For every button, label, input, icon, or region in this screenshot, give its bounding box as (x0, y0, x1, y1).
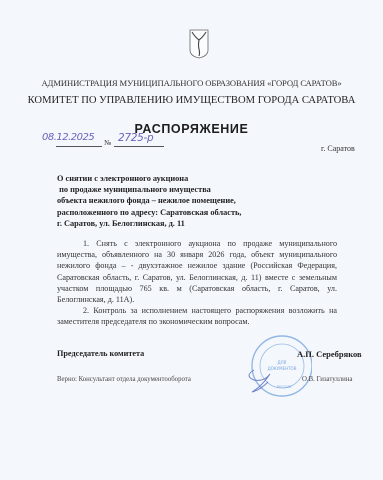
signatory-name: А.П. Серебряков (297, 349, 362, 359)
subject-line: О снятии с электронного аукциона (57, 173, 337, 184)
subject-line: объекта нежилого фонда – нежилое помещен… (57, 195, 337, 206)
coat-of-arms-icon (189, 29, 209, 59)
verified-label: Верно: Консультант отдела документооборо… (57, 376, 191, 383)
city-label: г. Саратов (321, 144, 355, 153)
handwritten-date: 08.12.2025 (42, 132, 94, 143)
paragraph-1: 1. Снять с электронного аукциона по прод… (57, 238, 337, 305)
official-stamp-icon: ДЛЯ ДОКУМЕНТОВ РОССИЯ (240, 330, 312, 410)
svg-text:ДОКУМЕНТОВ: ДОКУМЕНТОВ (268, 366, 297, 371)
paragraph-2: 2. Контроль за исполнением настоящего ра… (57, 305, 337, 327)
subject-line: г. Саратов, ул. Белоглинская, д. 11 (57, 218, 337, 229)
administration-heading: АДМИНИСТРАЦИЯ МУНИЦИПАЛЬНОГО ОБРАЗОВАНИЯ… (0, 78, 383, 88)
signatory-position: Председатель комитета (57, 349, 144, 358)
verified-name: О.В. Гизатуллина (302, 376, 352, 383)
committee-heading: КОМИТЕТ ПО УПРАВЛЕНИЮ ИМУЩЕСТВОМ ГОРОДА … (0, 95, 383, 106)
subject-line: расположенного по адресу: Саратовская об… (57, 207, 337, 218)
document-page: АДМИНИСТРАЦИЯ МУНИЦИПАЛЬНОГО ОБРАЗОВАНИЯ… (0, 0, 383, 480)
number-sign: № (104, 138, 111, 147)
handwritten-number: 2725-р (118, 132, 153, 144)
number-underline (114, 146, 164, 147)
paragraph-text: 2. Контроль за исполнением настоящего ра… (57, 306, 337, 326)
date-underline (56, 146, 102, 147)
svg-text:РОССИЯ: РОССИЯ (277, 385, 292, 389)
svg-text:ДЛЯ: ДЛЯ (278, 360, 287, 365)
document-subject: О снятии с электронного аукциона по прод… (57, 173, 337, 229)
paragraph-text: 1. Снять с электронного аукциона по прод… (57, 239, 337, 304)
subject-line: по продаже муниципального имущества (57, 184, 337, 195)
